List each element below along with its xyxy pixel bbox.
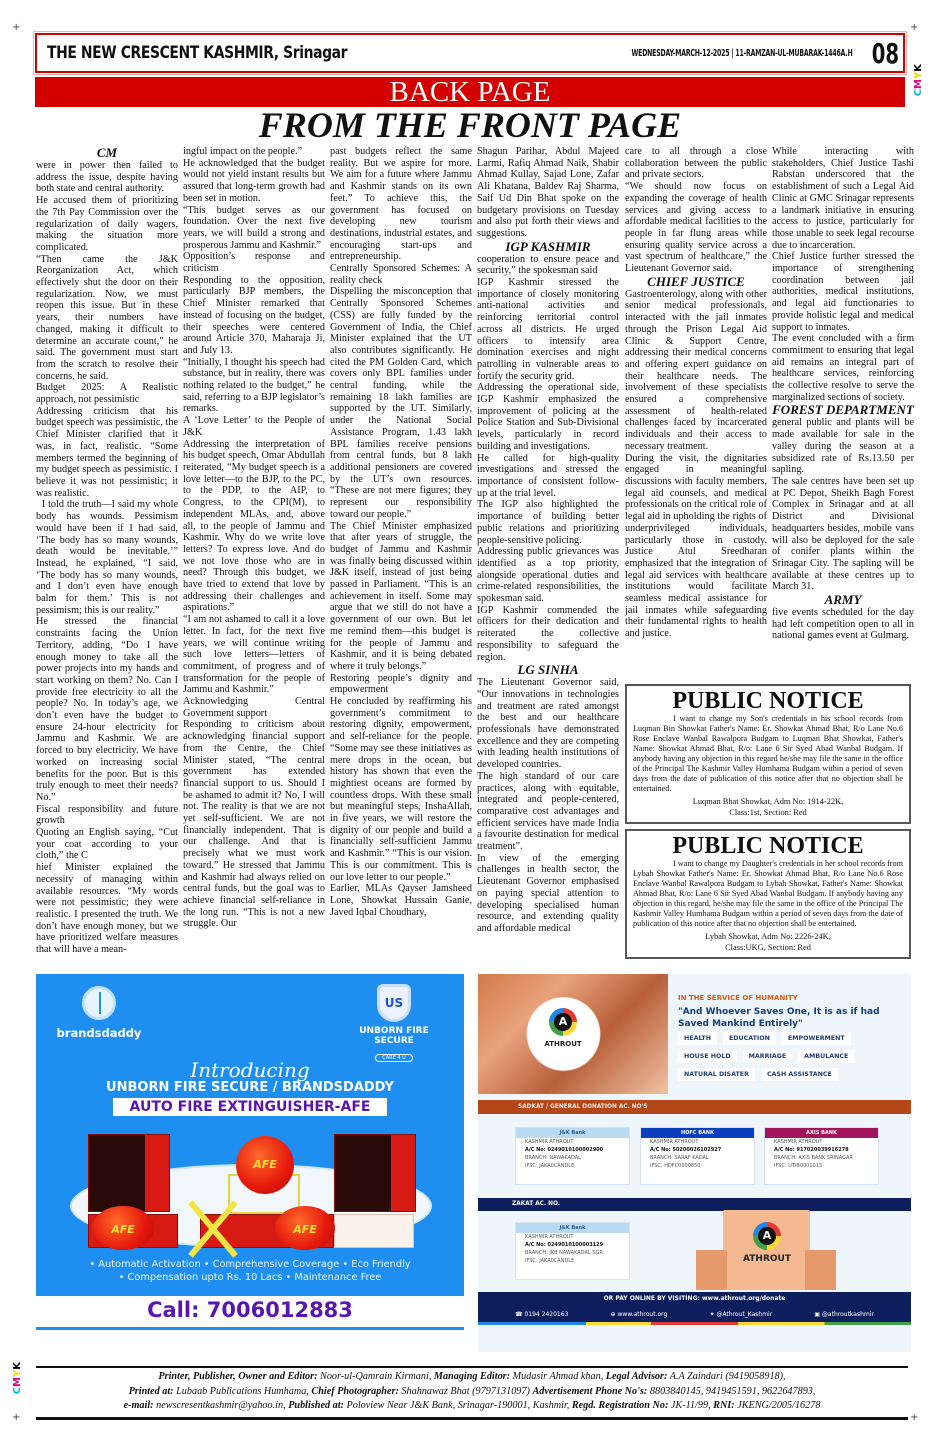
imprint-label: e-mail: <box>124 1400 154 1411</box>
contact-text: @Athrout_Kashmir <box>716 1311 772 1318</box>
subheading: Opposition’s response and criticism <box>183 251 325 274</box>
registration-mark-icon: + <box>910 22 918 33</box>
bank-name: J&K Bank <box>516 1128 629 1138</box>
imprint-value: JKENG/2005/16278 <box>735 1400 821 1411</box>
cmyk-k: K <box>913 64 924 72</box>
paragraph: The high standard of our care practices,… <box>477 771 619 853</box>
zakat-label: ZAKAT AC. NO. <box>478 1198 911 1211</box>
paragraph: He stressed the financial constraints fa… <box>36 616 178 803</box>
notice-signature: Luqman Bhat Showkat, Adm No: 1914-22K, C… <box>633 797 903 818</box>
phone-icon: ☎ <box>515 1311 522 1318</box>
ad-product-name: AUTO FIRE EXTINGUISHER-AFE <box>113 1098 387 1116</box>
paragraph: He acknowledged that the budget would no… <box>183 158 325 205</box>
imprint-label: Legal Advisor: <box>606 1371 668 1382</box>
paragraph: ingful impact on the people.” <box>183 146 325 158</box>
paragraph: Earlier, MLAs Qayser Jamsheed Lone, Show… <box>330 883 472 918</box>
paragraph: The sale centres have been set up at PC … <box>772 476 914 593</box>
contact-instagram[interactable]: ▣ @athroutkashmir <box>814 1311 874 1318</box>
service-chip: CASH ASSISTANCE <box>761 1068 838 1081</box>
column-kicker: CM <box>36 146 178 160</box>
paragraph: The Chief Minister emphasized that after… <box>330 521 472 673</box>
paragraph: “We should now focus on expanding the co… <box>625 181 767 275</box>
paragraph: He accused them of prioritizing the 7th … <box>36 195 178 254</box>
column-kicker: ARMY <box>772 593 914 607</box>
contact-website[interactable]: ⊕ www.athrout.org <box>611 1311 668 1318</box>
paragraph: “I am not ashamed to call it a love lett… <box>183 614 325 696</box>
notice-body: I want to change my Son's credentials in… <box>633 714 903 794</box>
imprint-line-1: Printer, Publisher, Owner and Editor: No… <box>36 1370 908 1385</box>
color-strip <box>478 1322 911 1325</box>
paragraph: “This budget serves as our foundation. O… <box>183 205 325 252</box>
account-name: KASHMIR ATHROUT <box>516 1233 629 1241</box>
contact-bar: ☎ 0194 2420163 ⊕ www.athrout.org ✦ @Athr… <box>478 1306 911 1322</box>
contact-phone[interactable]: ☎ 0194 2420163 <box>515 1311 568 1318</box>
paragraph: “Then came the J&K Reorganization Act, w… <box>36 254 178 383</box>
fire-ball-icon <box>236 1136 294 1194</box>
fire-ball-icon <box>275 1206 335 1250</box>
account-card-jk-bank: J&K Bank KASHMIR ATHROUT A/C No: 0249010… <box>515 1127 630 1185</box>
account-number: A/C No: 0249010100002900 <box>516 1146 629 1154</box>
paragraph: Gastroenterology, along with other senio… <box>625 289 767 453</box>
account-card-zakat: J&K Bank KASHMIR ATHROUT A/C No: 0249010… <box>515 1222 630 1280</box>
imprint-value: A.A Zaindari (9419058918), <box>667 1371 785 1382</box>
product-box <box>334 1214 414 1248</box>
paragraph: Quoting an English saying, “Cut your coa… <box>36 827 178 862</box>
service-chip: MARRIAGE <box>743 1050 793 1063</box>
service-chip: NATURAL DISATER <box>678 1068 755 1081</box>
service-chips: HEALTH EDUCATION EMPOWERMENT HOUSE HOLD … <box>678 1032 888 1081</box>
contact-text: @athroutkashmir <box>822 1311 874 1318</box>
cmyk-color-bar: CMYK <box>913 64 924 96</box>
product-box <box>334 1134 416 1212</box>
paragraph: Addressing the operational side, IGP Kas… <box>477 382 619 452</box>
bank-name: AXIS BANK <box>765 1128 878 1138</box>
call-number: Call: 7006012883 <box>36 1298 464 1322</box>
account-name: KASHMIR ATHROUT <box>641 1138 754 1146</box>
fire-extinguisher-ad: brandsdaddy US UNBORN FIRE SECURE CARE 4… <box>36 974 464 1350</box>
athrout-logo-icon <box>549 1008 577 1036</box>
product-image <box>70 1134 432 1250</box>
imprint-label: Chief Photographer: <box>311 1386 398 1397</box>
divider <box>36 1327 464 1330</box>
service-chip: EMPOWERMENT <box>782 1032 851 1045</box>
shield-icon: US <box>377 984 411 1022</box>
service-chip: HEALTH <box>678 1032 717 1045</box>
imprint-label: Printer, Publisher, Owner and Editor: <box>158 1371 317 1382</box>
imprint-line-3: e-mail: newscresentkashmir@yahoo.in, Pub… <box>36 1399 908 1414</box>
account-name: KASHMIR ATHROUT <box>516 1138 629 1146</box>
paragraph: Responding to the opposition, particular… <box>183 275 325 357</box>
service-quote: "And Whoever Saves One, It is as if had … <box>678 1006 893 1030</box>
imprint-value: Noor-ul-Qamrain Kirmani, <box>317 1371 433 1382</box>
imprint-value: Poloview Near J&K Bank, Srinagar-190001,… <box>344 1400 572 1411</box>
subheading: Fiscal responsibility and future growth <box>36 804 178 827</box>
account-number: A/C No: 50200026102927 <box>641 1146 754 1154</box>
paragraph: Responding to criticism about acknowledg… <box>183 719 325 930</box>
column-kicker: CHIEF JUSTICE <box>625 275 767 289</box>
paragraph: cooperation to ensure peace and security… <box>477 254 619 277</box>
paragraph: care to all through a close collaboratio… <box>625 146 767 181</box>
imprint-label: Printed at: <box>129 1386 174 1397</box>
cmyk-color-bar: CMYK <box>12 1362 23 1394</box>
contact-text: 0194 2420163 <box>524 1311 568 1318</box>
notice-sign-line: Lybah Showkat, Adm No: 2226-24K, <box>633 932 903 943</box>
account-branch: BRANCH: JKB NAWAKADAL SGR <box>516 1249 629 1257</box>
service-chip: EDUCATION <box>723 1032 776 1045</box>
brand-name: UNBORN FIRE SECURE <box>338 1026 450 1046</box>
brandsdaddy-logo-icon <box>82 986 116 1020</box>
paragraph: IGP Kashmir commended the officers for t… <box>477 605 619 664</box>
service-chip: HOUSE HOLD <box>678 1050 737 1063</box>
paragraph: “Initially, I thought his speech had sub… <box>183 357 325 416</box>
athrout-logo: ATHROUT <box>528 1008 598 1048</box>
paragraph: Shagun Parihar, Abdul Majeed Larmi, Rafi… <box>477 146 619 240</box>
account-number: A/C No: 917020039916278 <box>765 1146 878 1154</box>
notice-sign-line: Luqman Bhat Showkat, Adm No: 1914-22K, <box>633 797 903 808</box>
service-title: IN THE SERVICE OF HUMANITY <box>678 994 798 1002</box>
registration-mark-icon: + <box>12 22 20 33</box>
paragraph: Addressing criticism that his budget spe… <box>36 406 178 500</box>
paragraph: Addressing the interpretation of his bud… <box>183 439 325 615</box>
column-kicker: LG SINHA <box>477 663 619 677</box>
public-notice-1: PUBLIC NOTICE I want to change my Son's … <box>625 684 911 824</box>
paragraph: were in power then failed to address the… <box>36 160 178 195</box>
brand-name: brandsdaddy <box>54 1026 144 1040</box>
article-column-4: Shagun Parihar, Abdul Majeed Larmi, Rafi… <box>477 146 619 935</box>
subheading: Centrally Sponsored Schemes: A reality c… <box>330 263 472 286</box>
cmyk-y: Y <box>12 1370 23 1377</box>
paragraph: Chief Justice further stressed the impor… <box>772 251 914 333</box>
imprint-label: RNI: <box>713 1400 735 1411</box>
athrout-ad: ATHROUT IN THE SERVICE OF HUMANITY "And … <box>478 974 911 1352</box>
page-number: 08 <box>872 37 899 70</box>
imprint-label: Published at: <box>288 1400 344 1411</box>
account-branch: BRANCH: SARAF KADAL <box>641 1154 754 1162</box>
account-ifsc: IFSC: UTIB0001013 <box>765 1162 878 1170</box>
imprint-label: Regd. Registration No: <box>572 1400 669 1411</box>
imprint-label: Advertisement Phone No's: <box>532 1386 647 1397</box>
date-line: WEDNESDAY-MARCH-12-2025 | 11-RAMZAN-UL-M… <box>632 48 853 59</box>
registration-mark-icon: + <box>910 1412 918 1423</box>
public-notice-2: PUBLIC NOTICE I want to change my Daught… <box>625 829 911 959</box>
pay-online-link[interactable]: OR PAY ONLINE BY VISITING: www.athrout.o… <box>478 1292 911 1306</box>
globe-icon: ⊕ <box>611 1311 616 1318</box>
paragraph: In view of the emerging challenges in he… <box>477 853 619 935</box>
athrout-logo-icon <box>753 1222 781 1250</box>
hands-image <box>696 1250 836 1290</box>
paragraph: past budgets reflect the same reality. B… <box>330 146 472 263</box>
paragraph: The Lieutenant Governor said, “Our innov… <box>477 677 619 771</box>
section-banner: BACK PAGE <box>35 77 905 107</box>
paragraph: five events scheduled for the day had le… <box>772 607 914 642</box>
article-column-6: While interacting with stakeholders, Chi… <box>772 146 914 642</box>
cmyk-y: Y <box>913 72 924 79</box>
article-column-1: CM were in power then failed to address … <box>36 146 178 956</box>
article-column-5: care to all through a close collaboratio… <box>625 146 767 640</box>
contact-text: www.athrout.org <box>618 1311 668 1318</box>
subheading: Budget 2025: A Realistic approach, not p… <box>36 382 178 405</box>
column-kicker: FOREST DEPARTMENT <box>772 403 914 417</box>
registration-mark-icon: + <box>12 1412 20 1423</box>
feature-line: • Compensation upto Rs. 10 Lacs • Mainte… <box>36 1271 464 1284</box>
imprint-value: JK-11/99, <box>668 1400 713 1411</box>
notice-title: PUBLIC NOTICE <box>633 688 903 714</box>
email-link[interactable]: newscresentkashmir@yahoo.in, <box>154 1400 289 1411</box>
notice-title: PUBLIC NOTICE <box>633 833 903 859</box>
paragraph: Dispelling the misconception that Centra… <box>330 286 472 520</box>
imprint-value: Shahnawaz Bhat (9797131097) <box>399 1386 533 1397</box>
paragraph: The event concluded with a firm commitme… <box>772 333 914 403</box>
bank-name: HDFC BANK <box>641 1128 754 1138</box>
paragraph: IGP Kashmir stressed the importance of c… <box>477 277 619 382</box>
imprint-value: Mudasir Ahmad khan, <box>510 1371 606 1382</box>
cmyk-k: K <box>12 1362 23 1370</box>
account-number: A/C No: 0249010100003129 <box>516 1241 629 1249</box>
twitter-icon: ✦ <box>709 1311 714 1318</box>
feature-line: • Automatic Activation • Comprehensive C… <box>36 1258 464 1271</box>
logo-text: ATHROUT <box>528 1040 598 1048</box>
column-kicker: IGP KASHMIR <box>477 240 619 254</box>
cmyk-c: C <box>12 1387 23 1394</box>
cmyk-c: C <box>913 89 924 96</box>
paragraph: I told the truth—I said my whole body ha… <box>36 499 178 616</box>
account-ifsc: IFSC: JAKA0CANDLE <box>516 1257 629 1265</box>
account-branch: BRANCH: AXIS BANK SRINAGAR <box>765 1154 878 1162</box>
brandsdaddy-logo: brandsdaddy <box>54 986 144 1040</box>
paragraph: hief Minister explained the necessity of… <box>36 862 178 956</box>
ad-features: • Automatic Activation • Comprehensive C… <box>36 1258 464 1284</box>
paragraph: Addressing public grievances was identif… <box>477 546 619 605</box>
instagram-icon: ▣ <box>814 1311 820 1318</box>
imprint-value: 8803840145, 9419451591, 9622647893, <box>647 1386 815 1397</box>
service-chip: AMBULANCE <box>798 1050 854 1063</box>
unborn-fire-secure-logo: US UNBORN FIRE SECURE CARE 4 U <box>338 984 450 1064</box>
subheading: Acknowledging Central Government support <box>183 696 325 719</box>
masthead: THE NEW CRESCENT KASHMIR, Srinagar WEDNE… <box>35 33 905 73</box>
cmyk-m: M <box>12 1377 23 1387</box>
account-name: KASHMIR ATHROUT <box>765 1138 878 1146</box>
account-card-hdfc-bank: HDFC BANK KASHMIR ATHROUT A/C No: 502000… <box>640 1127 755 1185</box>
page-title: FROM THE FRONT PAGE <box>35 104 905 146</box>
account-card-axis-bank: AXIS BANK KASHMIR ATHROUT A/C No: 917020… <box>764 1127 879 1185</box>
imprint-label: Managing Editor: <box>434 1371 510 1382</box>
imprint-line-2: Printed at: Lubaab Publications Humhama,… <box>36 1385 908 1400</box>
bank-name: J&K Bank <box>516 1223 629 1233</box>
contact-twitter[interactable]: ✦ @Athrout_Kashmir <box>709 1311 772 1318</box>
paragraph: During the visit, the dignitaries engage… <box>625 453 767 640</box>
subheading: A ‘Love Letter’ to the People of J&K <box>183 415 325 438</box>
product-box <box>88 1134 170 1212</box>
notice-body: I want to change my Daughter's credentia… <box>633 859 903 929</box>
ad-headline: UNBORN FIRE SECURE / BRANDSDADDY <box>36 1080 464 1095</box>
cmyk-m: M <box>913 79 924 89</box>
article-column-2: ingful impact on the people.” He acknowl… <box>183 146 325 930</box>
paragraph: general public and plants will be made a… <box>772 417 914 476</box>
newspaper-name: THE NEW CRESCENT KASHMIR, Srinagar <box>47 43 347 63</box>
imprint: Printer, Publisher, Owner and Editor: No… <box>36 1366 908 1420</box>
account-branch: BRANCH: NAWAKADAL <box>516 1154 629 1162</box>
paragraph: While interacting with stakeholders, Chi… <box>772 146 914 251</box>
paragraph: He called for high-quality investigation… <box>477 453 619 500</box>
subheading: Restoring people’s dignity and empowerme… <box>330 673 472 696</box>
article-column-3: past budgets reflect the same reality. B… <box>330 146 472 918</box>
sadkat-label: SADKAT / GENERAL DONATION AC. NO'S <box>478 1100 911 1114</box>
fire-ball-icon <box>92 1206 154 1250</box>
account-ifsc: IFSC: HDFC0000850 <box>641 1162 754 1170</box>
ad-script-heading: Introducing <box>36 1058 464 1082</box>
account-ifsc: IFSC: JAKA0CANDLE <box>516 1162 629 1170</box>
imprint-value: Lubaab Publications Humhama, <box>174 1386 312 1397</box>
paragraph: The IGP also highlighted the importance … <box>477 499 619 546</box>
notice-sign-line: Class:1st, Section: Red <box>633 808 903 819</box>
paragraph: He concluded by reaffirming his governme… <box>330 696 472 883</box>
notice-sign-line: Class:UKG, Section: Red <box>633 943 903 954</box>
notice-signature: Lybah Showkat, Adm No: 2226-24K, Class:U… <box>633 932 903 953</box>
